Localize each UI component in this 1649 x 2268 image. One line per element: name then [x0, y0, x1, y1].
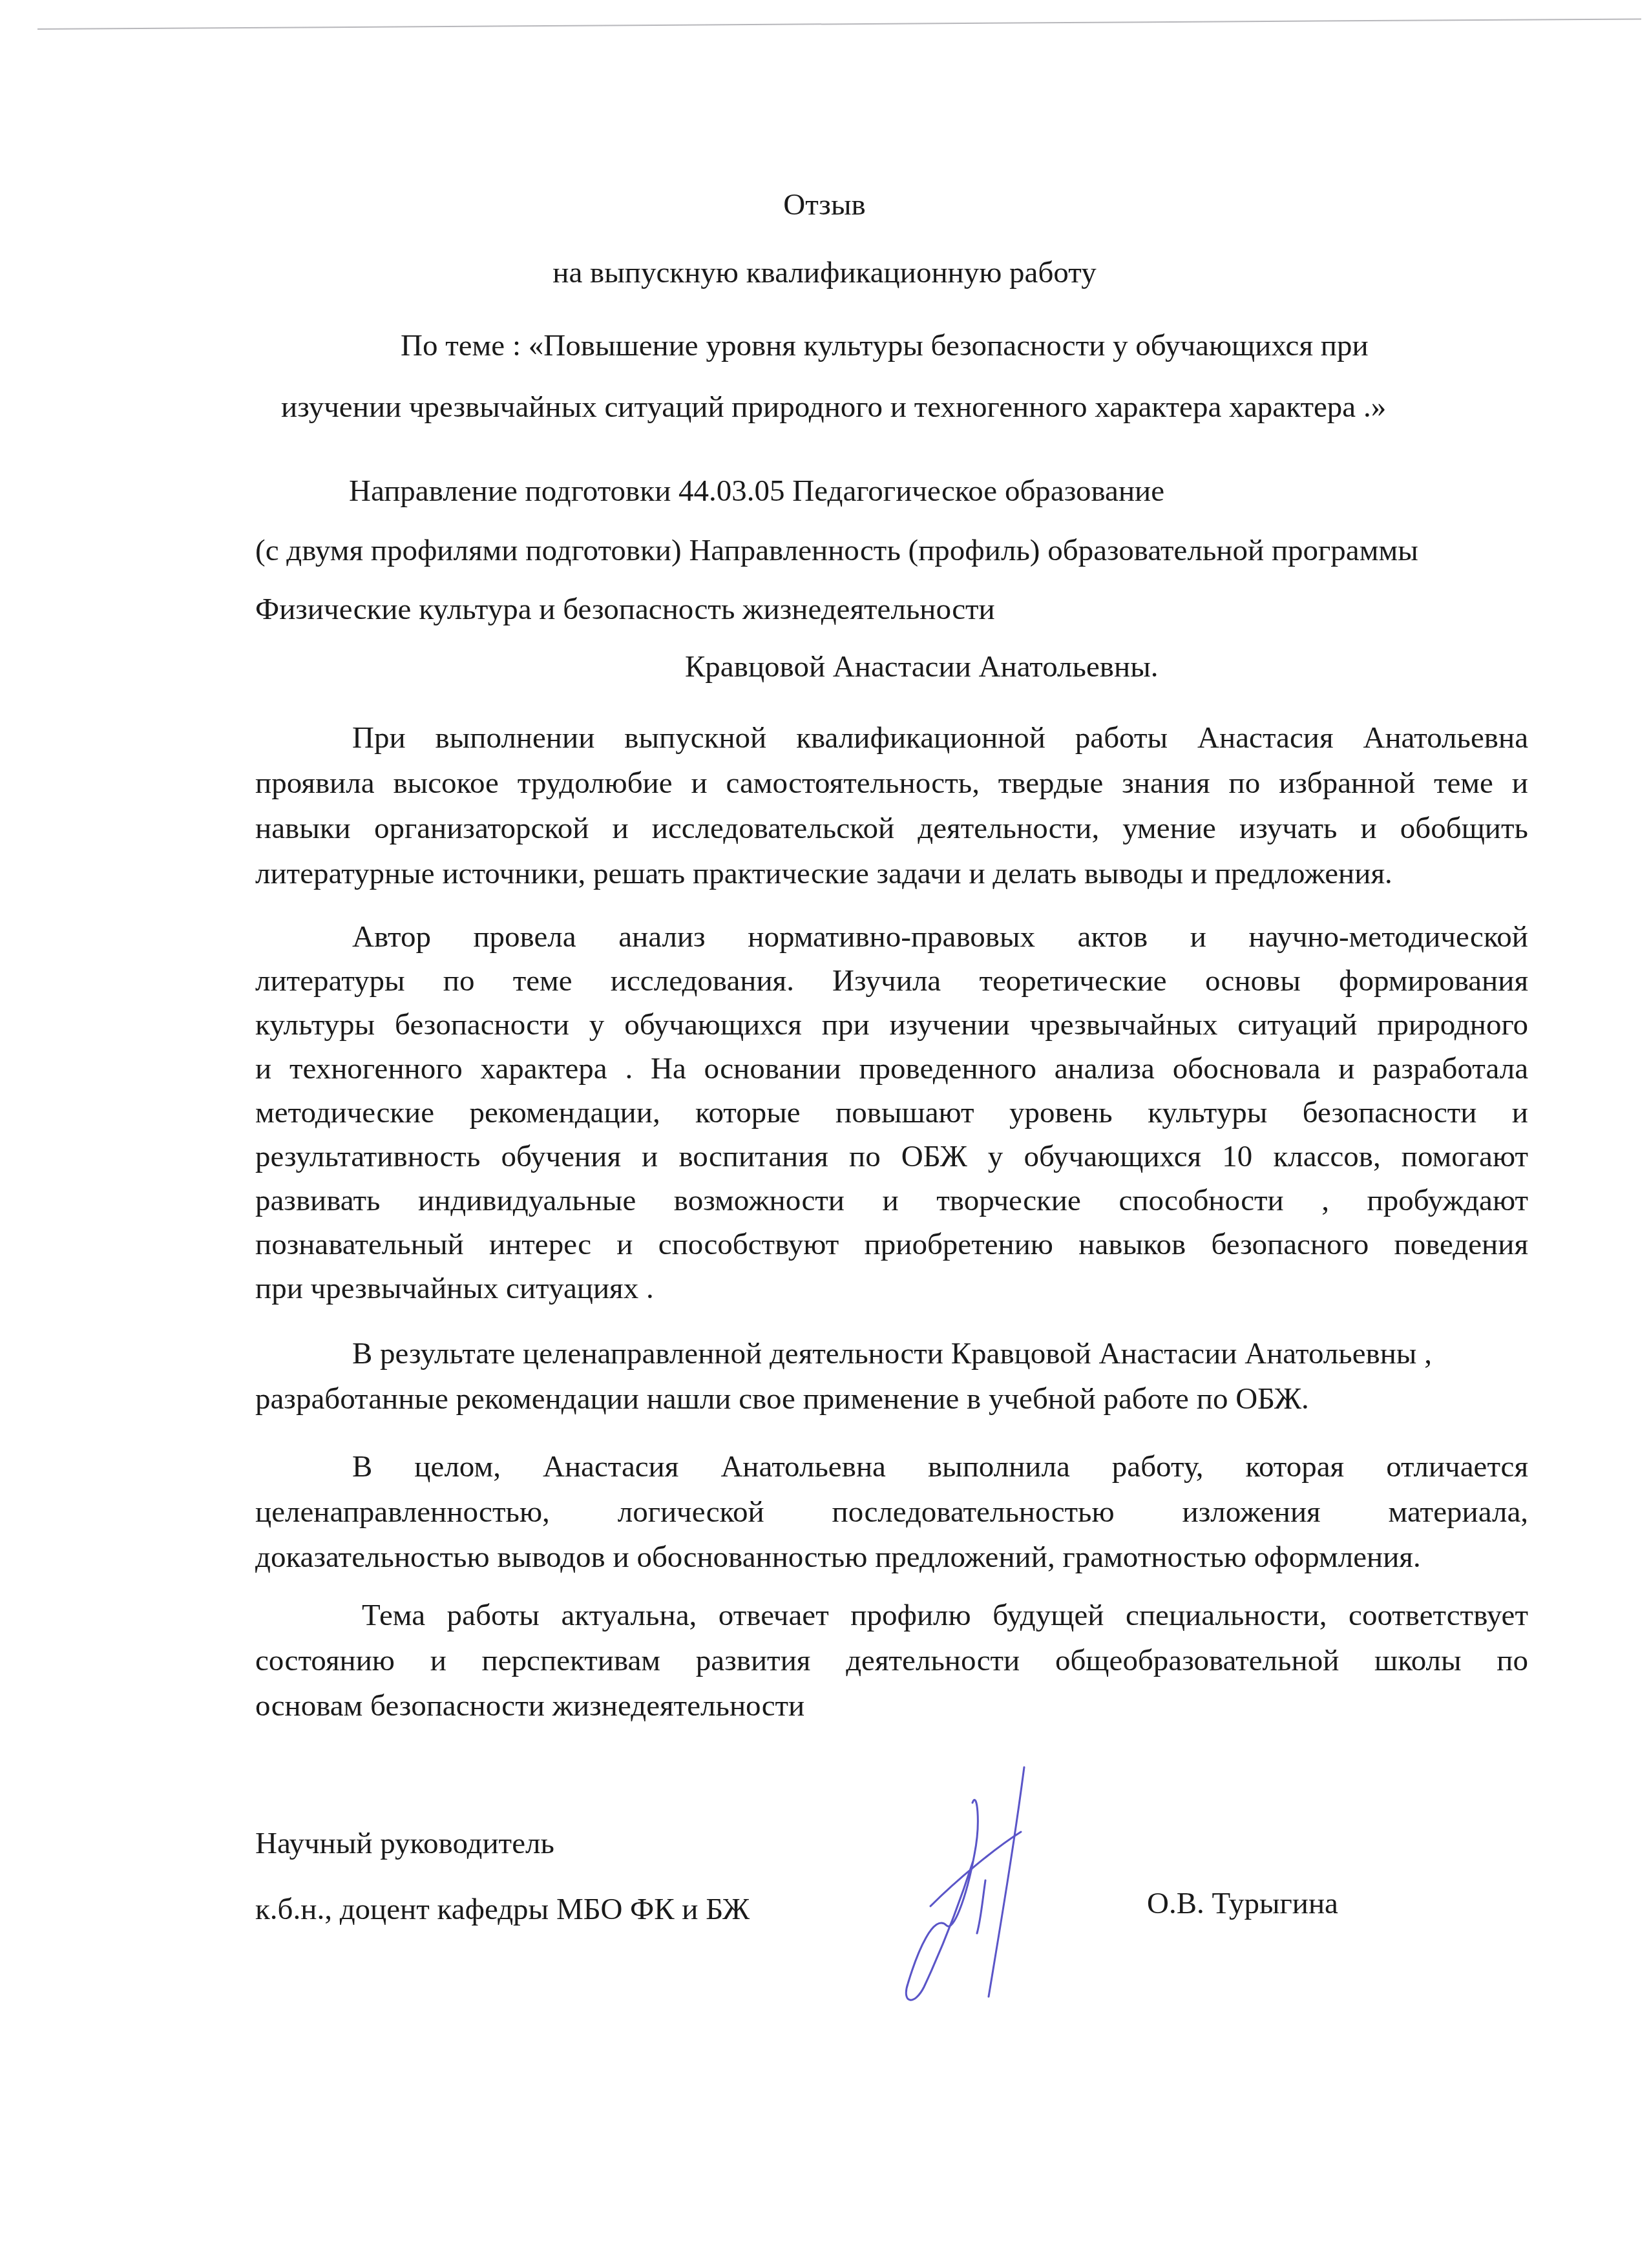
paragraph-4-line-1: В целом, Анастасия Анатольевна выполнила…	[352, 1447, 1528, 1486]
paragraph-5-line-2: состоянию и перспективам развития деятел…	[255, 1641, 1528, 1680]
paragraph-2-line-9: при чрезвычайных ситуациях .	[255, 1269, 654, 1308]
document-subtitle: на выпускную квалификационную работу	[0, 253, 1649, 292]
scan-edge-line	[37, 18, 1641, 30]
paragraph-2-line-7: развивать индивидуальные возможности и т…	[255, 1181, 1528, 1220]
paragraph-2-line-1: Автор провела анализ нормативно-правовых…	[352, 918, 1528, 956]
paragraph-4-line-3: доказательностью выводов и обоснованност…	[255, 1538, 1421, 1577]
paragraph-1-line-4: литературные источники, решать практичес…	[255, 854, 1392, 893]
paragraph-1-line-1: При выполнении выпускной квалификационно…	[352, 719, 1528, 757]
handwritten-signature	[827, 1764, 1047, 2010]
paragraph-2-line-6: результативность обучения и воспитания п…	[255, 1137, 1528, 1176]
direction-line-3: Физические культура и безопасность жизне…	[255, 590, 995, 629]
paragraph-2-line-8: познавательный интерес и способствуют пр…	[255, 1225, 1528, 1264]
paragraph-5-line-3: основам безопасности жизнедеятельности	[255, 1686, 804, 1725]
direction-line-2: (с двумя профилями подготовки) Направлен…	[255, 531, 1418, 570]
paragraph-2-line-3: культуры безопасности у обучающихся при …	[255, 1005, 1528, 1044]
direction-line-1: Направление подготовки 44.03.05 Педагоги…	[349, 472, 1164, 510]
paragraph-3-line-2: разработанные рекомендации нашли свое пр…	[255, 1380, 1309, 1418]
paragraph-4-line-2: целенаправленностью, логической последов…	[255, 1493, 1528, 1531]
student-name: Кравцовой Анастасии Анатольевны.	[685, 647, 1159, 686]
paragraph-2-line-2: литературы по теме исследования. Изучила…	[255, 961, 1528, 1000]
topic-line-2: изучении чрезвычайных ситуаций природног…	[281, 388, 1386, 426]
paragraph-1-line-2: проявила высокое трудолюбие и самостояте…	[255, 764, 1528, 803]
paragraph-5-line-1: Тема работы актуальна, отвечает профилю …	[362, 1596, 1528, 1635]
supervisor-position: к.б.н., доцент кафедры МБО ФК и БЖ	[255, 1890, 750, 1929]
paragraph-2-line-4: и техногенного характера . На основании …	[255, 1049, 1528, 1088]
paragraph-2-line-5: методические рекомендации, которые повыш…	[255, 1093, 1528, 1132]
paragraph-3-line-1: В результате целенаправленной деятельнос…	[352, 1334, 1432, 1373]
supervisor-name: О.В. Турыгина	[1147, 1884, 1338, 1923]
paragraph-1-line-3: навыки организаторской и исследовательск…	[255, 809, 1528, 848]
supervisor-role: Научный руководитель	[255, 1824, 554, 1863]
document-title: Отзыв	[0, 185, 1649, 224]
topic-line-1: По теме : «Повышение уровня культуры без…	[401, 326, 1369, 365]
